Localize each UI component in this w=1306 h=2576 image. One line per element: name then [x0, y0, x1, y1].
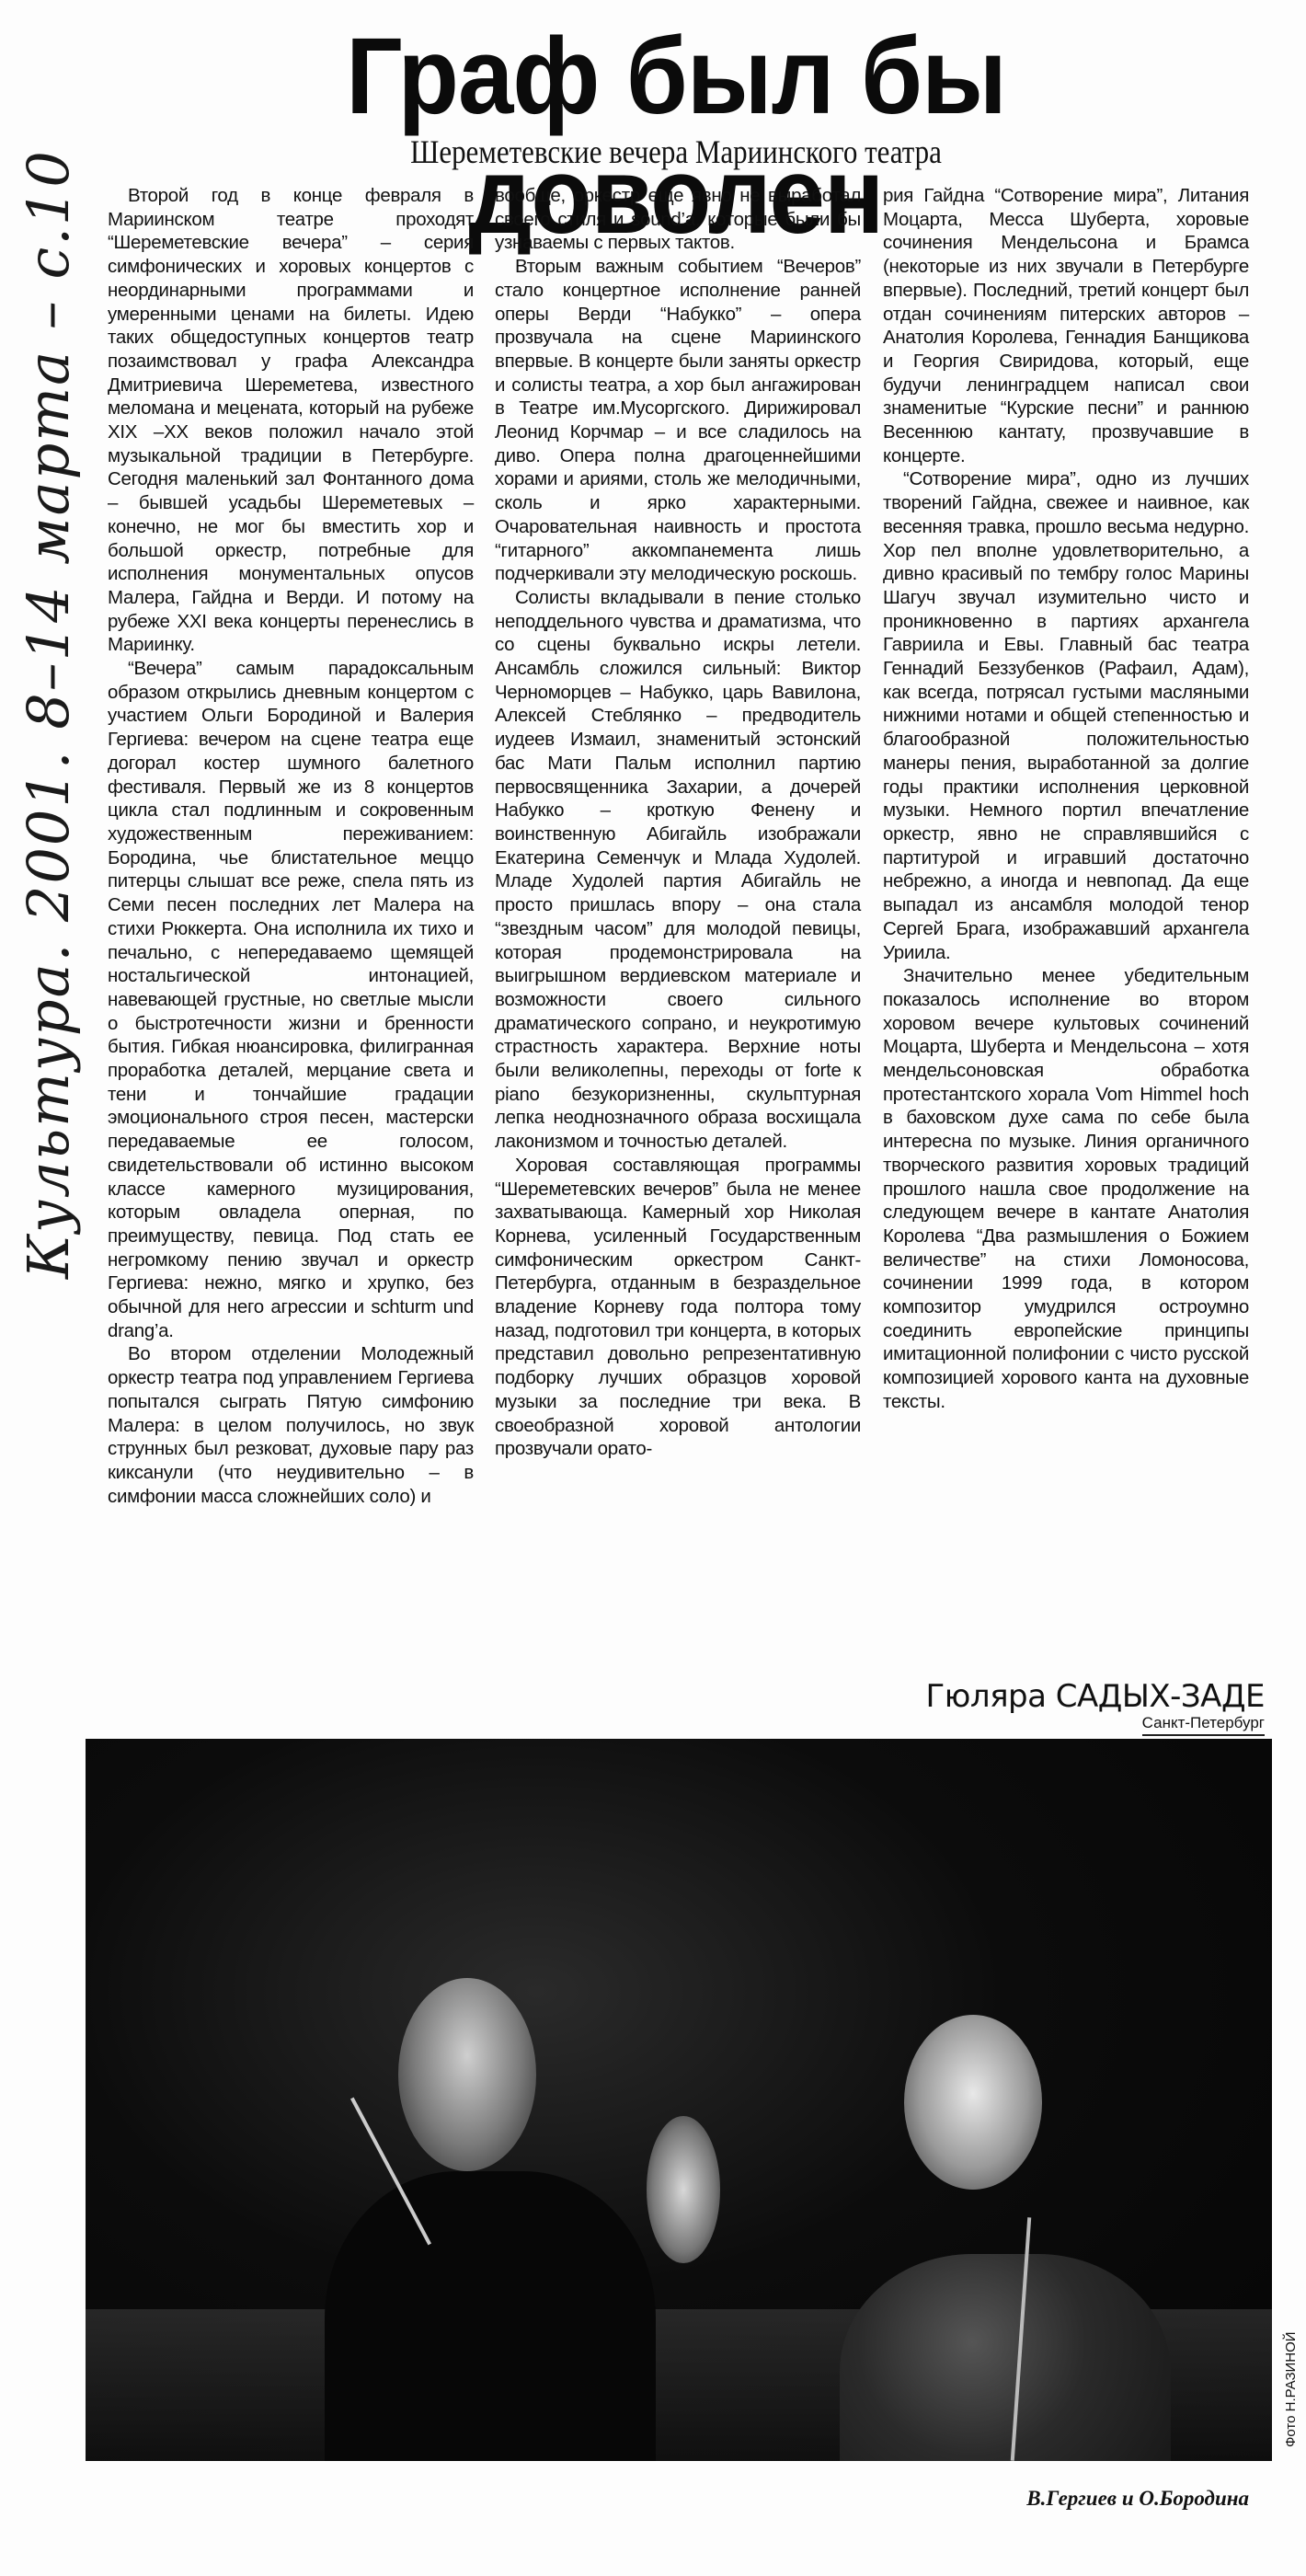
paragraph: “Вечера” самым парадоксальным образом от…	[108, 657, 474, 1342]
photo-joined-hands	[647, 2116, 720, 2263]
photo-singer-body	[840, 2254, 1171, 2461]
paragraph: Во втором отделении Молодежный оркестр т…	[108, 1342, 474, 1508]
article-column-3: рия Гайдна “Сотворение мира”, Литания Мо…	[883, 184, 1249, 1414]
article-column-2: вообще, оркестр еще явно не выработал св…	[495, 184, 861, 1461]
paragraph: Значительно менее убедительным показалос…	[883, 964, 1249, 1413]
paragraph: Солисты вкладывали в пение столько непод…	[495, 586, 861, 1154]
paragraph: рия Гайдна “Сотворение мира”, Литания Мо…	[883, 184, 1249, 467]
handwritten-annotation: Культура. 2001. 8–14 марта – с.10	[7, 147, 90, 1279]
photo-credit: Фото Н.РАЗИНОЙ	[1283, 2331, 1299, 2447]
paragraph: “Сотворение мира”, одно из лучших творен…	[883, 467, 1249, 964]
paragraph: Хоровая составляющая программы “Шеремете…	[495, 1154, 861, 1461]
article-subheadline: Шереметевские вечера Мариинского театра	[182, 132, 1171, 172]
article-column-1: Второй год в конце февраля в Мариинском …	[108, 184, 474, 1508]
article-photo	[86, 1739, 1272, 2461]
paragraph: вообще, оркестр еще явно не выработал св…	[495, 184, 861, 255]
photo-caption: В.Гергиев и О.Бородина	[883, 2487, 1249, 2511]
paragraph: Вторым важным событием “Вечеров” стало к…	[495, 255, 861, 586]
photo-singer-head	[904, 2015, 1042, 2190]
photo-conductor-head	[398, 1978, 536, 2171]
paragraph: Второй год в конце февраля в Мариинском …	[108, 184, 474, 657]
byline: Гюляра САДЫХ-ЗАДЕ Санкт-Петербург	[920, 1679, 1265, 1736]
author-name: Гюляра САДЫХ-ЗАДЕ	[920, 1679, 1265, 1714]
author-location: Санкт-Петербург	[1142, 1714, 1265, 1736]
photo-conductor-body	[325, 2171, 656, 2461]
